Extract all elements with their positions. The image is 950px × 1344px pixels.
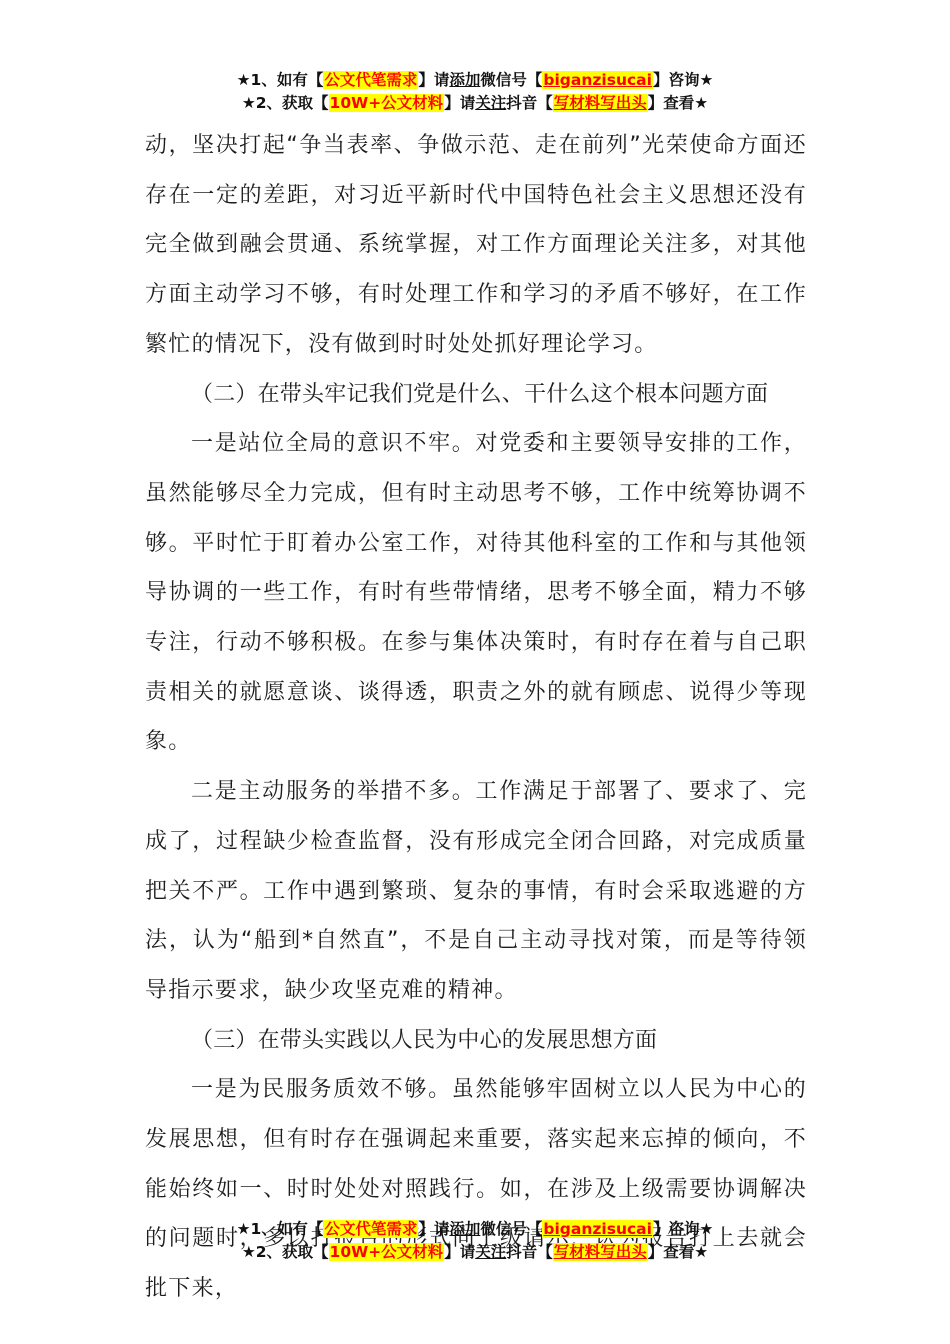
- banner-text: ★2、获取【: [242, 94, 329, 112]
- footer-banner: ★1、如有【公文代笔需求】请添加微信号【biganzisucai】咨询★ ★2、…: [0, 1218, 950, 1264]
- banner-text: 】查看★: [648, 94, 708, 112]
- banner-line-2: ★2、获取【10W+公文材料】请关注抖音【写材料写出头】查看★: [0, 1241, 950, 1264]
- banner-text: 抖音【: [506, 1243, 553, 1261]
- paragraph-body: 二是主动服务的举措不多。工作满足于部署了、要求了、完成了，过程缺少检查监督，没有…: [145, 767, 807, 1016]
- highlight-materials: 10W+公文材料: [329, 94, 445, 112]
- banner-text: 】请: [418, 71, 449, 89]
- banner-line-1: ★1、如有【公文代笔需求】请添加微信号【biganzisucai】咨询★: [0, 69, 950, 92]
- paragraph-continuation: 动，坚决打起“争当表率、争做示范、走在前列”光荣使命方面还存在一定的差距，对习近…: [145, 121, 807, 370]
- banner-text: 微信号【: [480, 1220, 542, 1238]
- highlight-materials: 10W+公文材料: [329, 1243, 445, 1261]
- banner-line-2: ★2、获取【10W+公文材料】请关注抖音【写材料写出头】查看★: [0, 92, 950, 115]
- underlined-follow: 关注: [475, 94, 506, 112]
- banner-text: 微信号【: [480, 71, 542, 89]
- underlined-add: 添加: [449, 71, 480, 89]
- banner-text: ★1、如有【: [237, 71, 324, 89]
- banner-text: 】咨询★: [653, 71, 713, 89]
- section-heading-3: （三）在带头实践以人民为中心的发展思想方面: [145, 1016, 807, 1066]
- underlined-follow: 关注: [475, 1243, 506, 1261]
- banner-line-1: ★1、如有【公文代笔需求】请添加微信号【biganzisucai】咨询★: [0, 1218, 950, 1241]
- douyin-account-link[interactable]: 写材料写出头: [553, 94, 648, 112]
- paragraph-body: 一是为民服务质效不够。虽然能够牢固树立以人民为中心的发展思想，但有时存在强调起来…: [145, 1065, 807, 1314]
- banner-text: ★2、获取【: [242, 1243, 329, 1261]
- wechat-id-link[interactable]: biganzisucai: [542, 71, 653, 89]
- banner-text: ★1、如有【: [237, 1220, 324, 1238]
- banner-text: 】请: [418, 1220, 449, 1238]
- banner-text: 】咨询★: [653, 1220, 713, 1238]
- douyin-account-link[interactable]: 写材料写出头: [553, 1243, 648, 1261]
- banner-text: 】请: [444, 1243, 475, 1261]
- underlined-add: 添加: [449, 1220, 480, 1238]
- highlight-service: 公文代笔需求: [323, 71, 418, 89]
- section-heading-2: （二）在带头牢记我们党是什么、干什么这个根本问题方面: [145, 370, 807, 420]
- highlight-service: 公文代笔需求: [323, 1220, 418, 1238]
- paragraph-body: 一是站位全局的意识不牢。对党委和主要领导安排的工作，虽然能够尽全力完成，但有时主…: [145, 419, 807, 767]
- banner-text: 】查看★: [648, 1243, 708, 1261]
- banner-text: 抖音【: [506, 94, 553, 112]
- wechat-id-link[interactable]: biganzisucai: [542, 1220, 653, 1238]
- document-body: 动，坚决打起“争当表率、争做示范、走在前列”光荣使命方面还存在一定的差距，对习近…: [145, 121, 807, 1314]
- header-banner: ★1、如有【公文代笔需求】请添加微信号【biganzisucai】咨询★ ★2、…: [0, 69, 950, 115]
- banner-text: 】请: [444, 94, 475, 112]
